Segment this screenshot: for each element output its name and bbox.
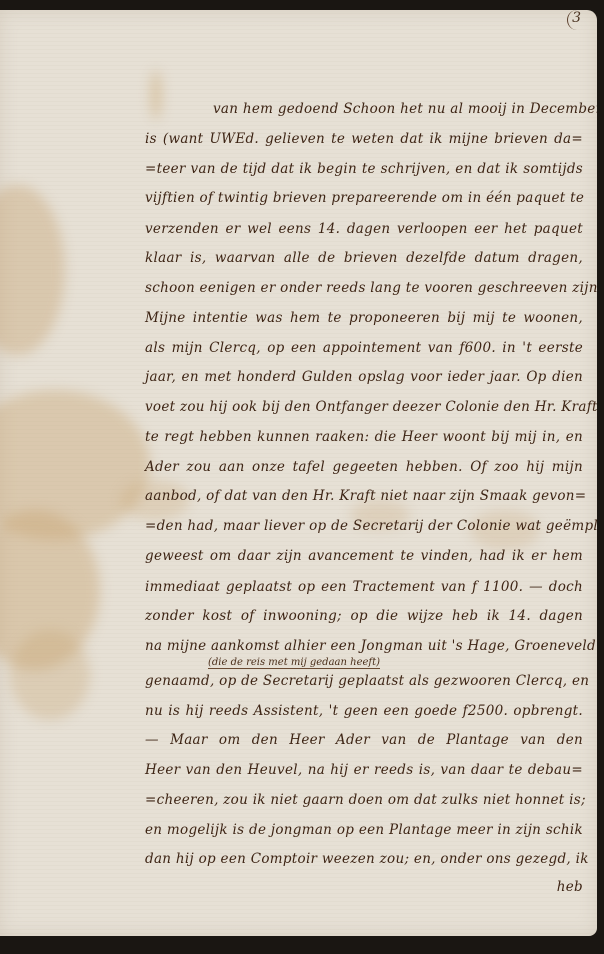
text-line-7: schoon eenigen er onder reeds lang te vo… — [145, 280, 583, 296]
text-line-17: immediaat geplaatst op een Tractement va… — [145, 579, 583, 595]
text-line-8: Mijne intentie was hem te proponeeren bi… — [145, 310, 583, 326]
text-line-4: vijftien of twintig brieven prepareerend… — [145, 190, 583, 206]
text-line-23: Heer van den Heuvel, na hij er reeds is,… — [145, 762, 583, 778]
text-line-19: na mijne aankomst alhier een Jongman uit… — [145, 638, 583, 654]
text-line-2: is (want UWEd. gelieven te weten dat ik … — [145, 131, 583, 147]
text-line-15: =den had, maar liever op de Secretarij d… — [145, 518, 583, 534]
text-line-25: en mogelijk is de jongman op een Plantag… — [145, 822, 583, 838]
text-line-1: van hem gedoend Schoon het nu al mooij i… — [213, 101, 583, 117]
text-line-3: =teer van de tijd dat ik begin te schrij… — [145, 161, 583, 177]
text-line-11: voet zou hij ook bij den Ontfanger deeze… — [145, 399, 583, 415]
text-line-12: te regt hebben kunnen raaken: die Heer w… — [145, 429, 583, 445]
text-line-20: genaamd, op de Secretarij geplaatst als … — [145, 673, 583, 689]
text-line-26: dan hij op een Comptoir weezen zou; en, … — [145, 851, 583, 867]
text-line-10: jaar, en met honderd Gulden opslag voor … — [145, 369, 583, 385]
manuscript-page: 3 van hem gedoend Schoon het nu al mooij… — [0, 10, 597, 936]
text-line-16: geweest om daar zijn avancement te vinde… — [145, 548, 583, 564]
text-line-13: Ader zou aan onze tafel gegeeten hebben.… — [145, 459, 583, 475]
text-line-14: aanbod, of dat van den Hr. Kraft niet na… — [145, 488, 583, 504]
text-line-18: zonder kost of inwooning; op die wijze h… — [145, 608, 583, 624]
text-line-22: — Maar om den Heer Ader van de Plantage … — [145, 732, 583, 748]
catchword: heb — [145, 879, 583, 895]
text-line-9: als mijn Clercq, op een appointement van… — [145, 340, 583, 356]
handwritten-text: van hem gedoend Schoon het nu al mooij i… — [0, 10, 597, 936]
text-line-21: nu is hij reeds Assistent, 't geen een g… — [145, 703, 583, 719]
text-line-24: =cheeren, zou ik niet gaarn doen om dat … — [145, 792, 583, 808]
text-line-6: klaar is, waarvan alle de brieven dezelf… — [145, 250, 583, 266]
interlinear-insertion: (die de reis met mij gedaan heeft) — [208, 657, 380, 669]
text-line-5: verzenden er wel eens 14. dagen verloope… — [145, 221, 583, 237]
